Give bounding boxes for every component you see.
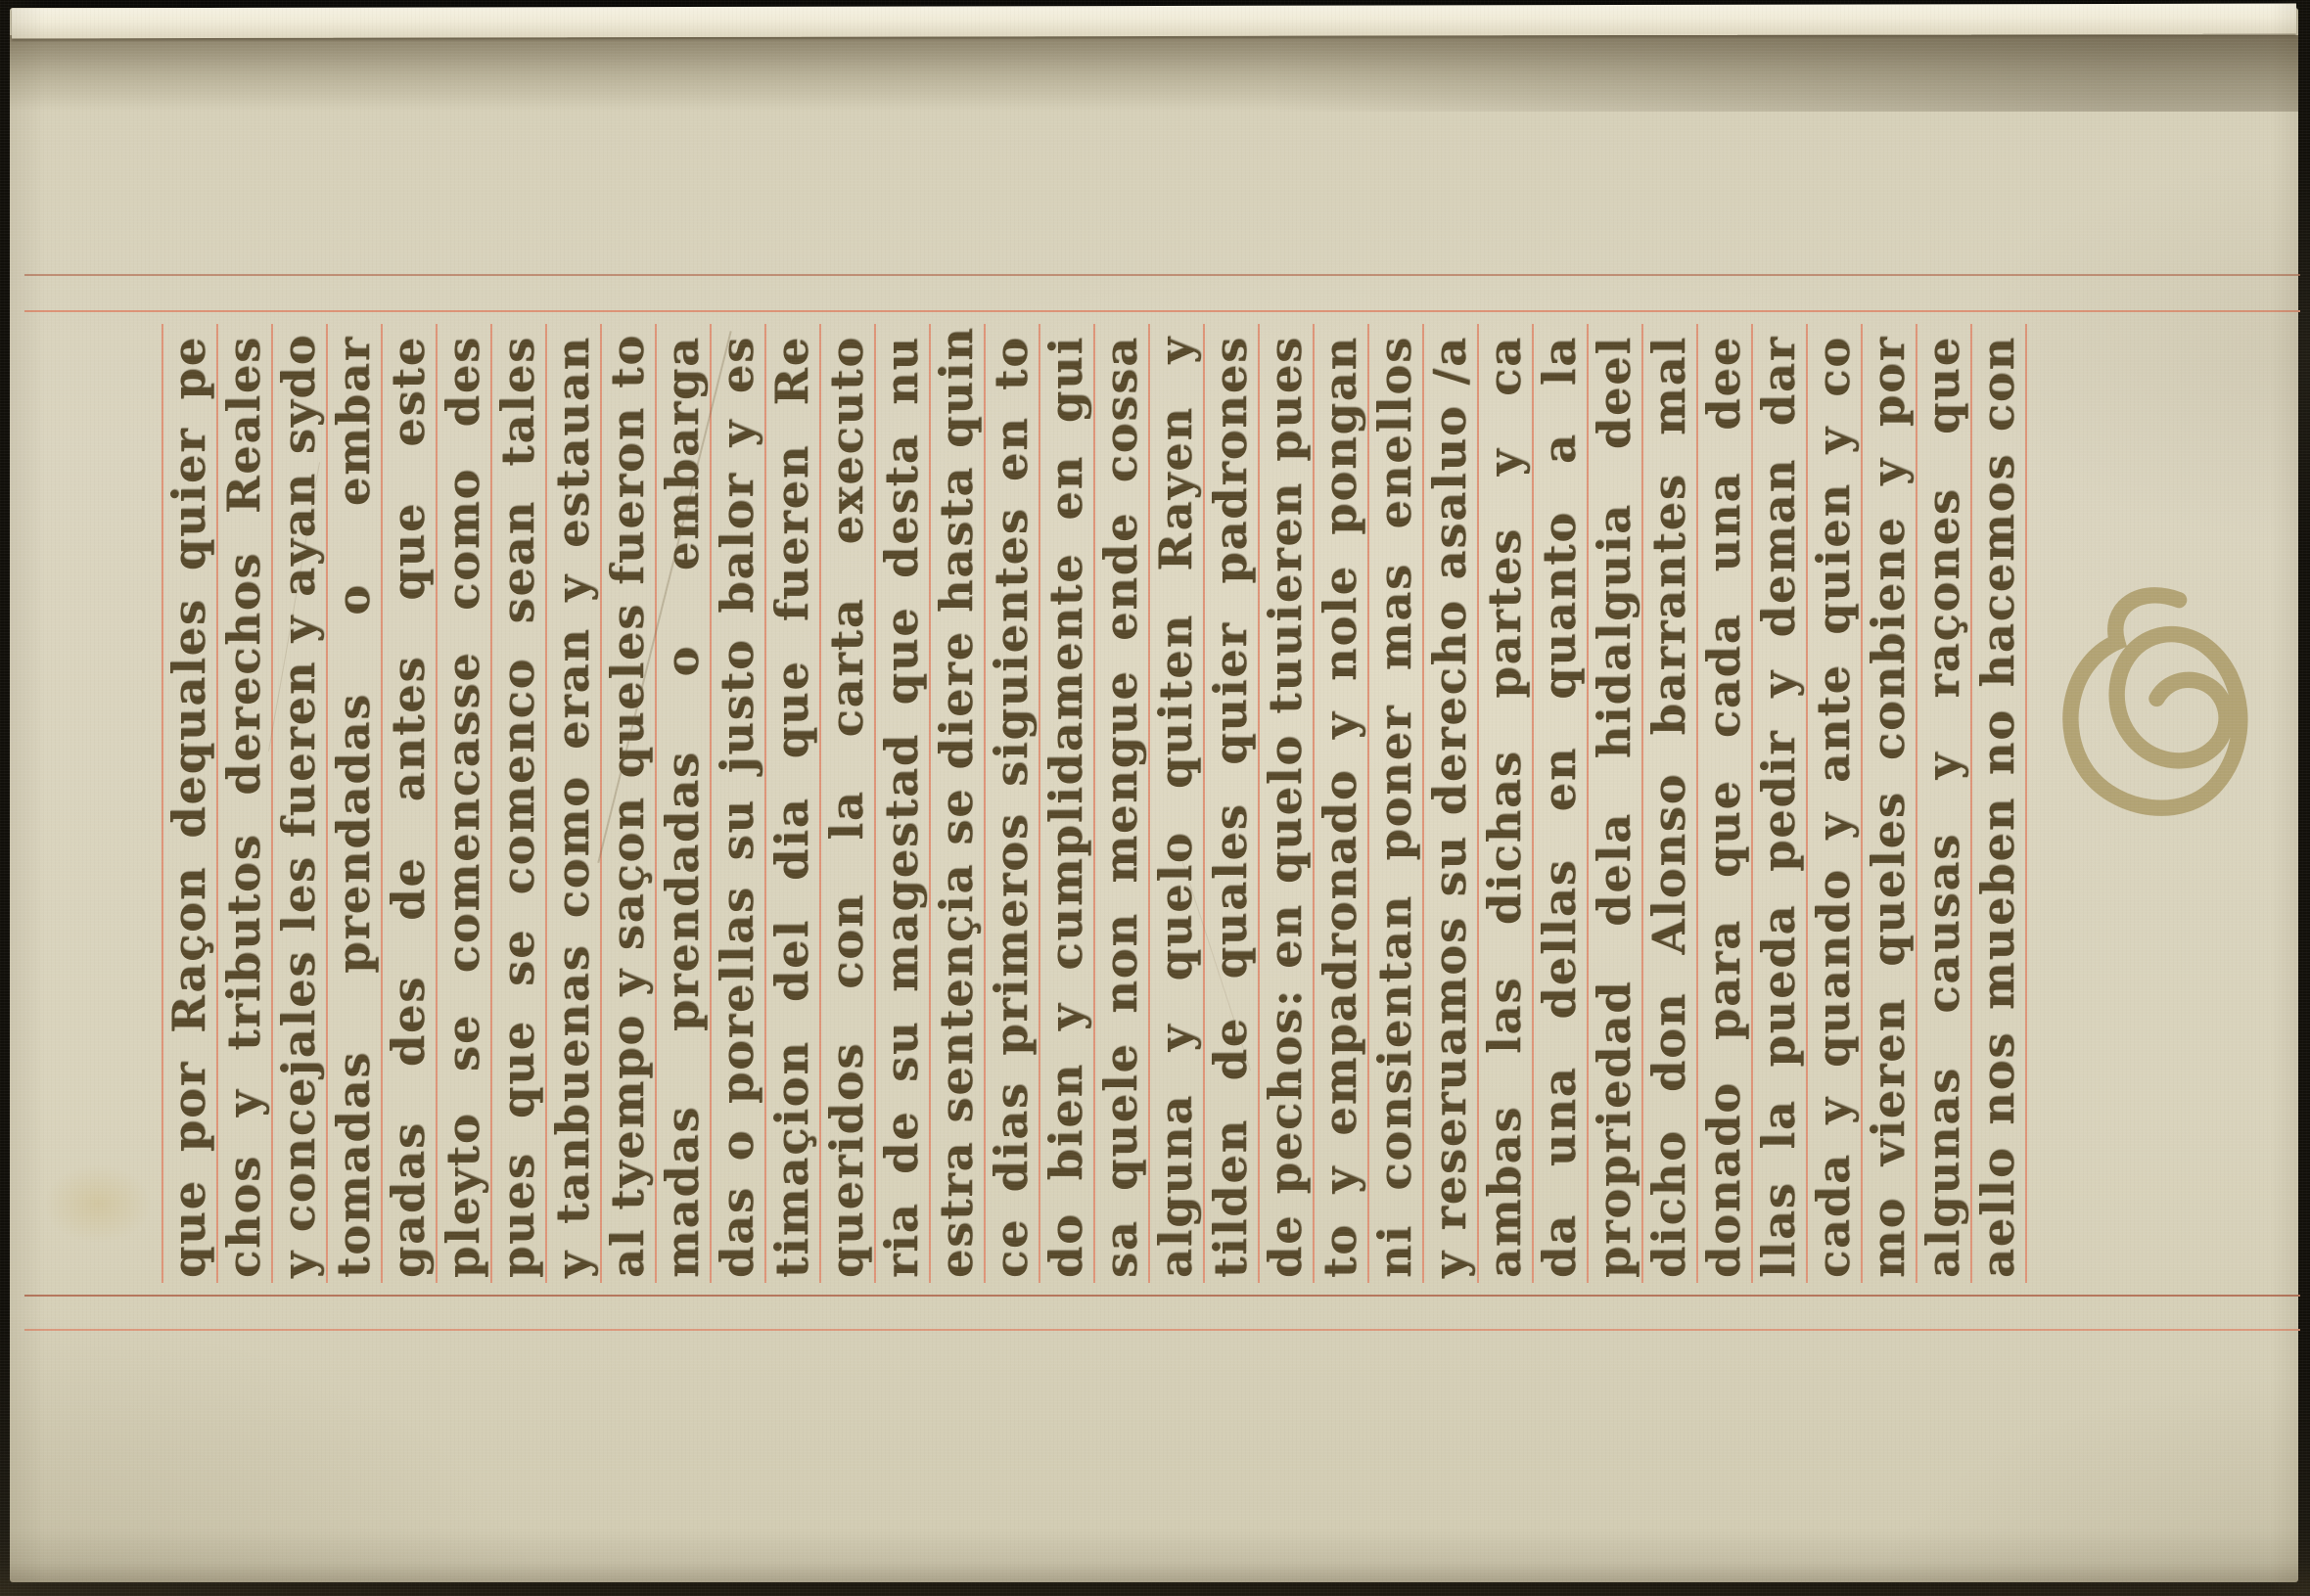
manuscript-line: tilden de quales quier padrones (1205, 324, 1260, 1283)
manuscript-line: sa quele non mengue ende cossa (1095, 324, 1150, 1283)
manuscript-line: chos y tributos derechos Reales (218, 324, 273, 1283)
manuscript-line: estra sentençia se diere hasta quin (931, 324, 986, 1283)
margin-rule-bottom-outer (24, 1329, 2300, 1331)
manuscript-line: ria de su magestad que desta nu (876, 324, 931, 1283)
manuscript-line: da una dellas en quanto a la (1534, 324, 1589, 1283)
manuscript-line: alguna y quelo quiten Rayen y (1150, 324, 1205, 1283)
manuscript-line: do bien y cumplidamente en gui (1040, 324, 1095, 1283)
manuscript-line: llas la pueda pedir y deman dar (1753, 324, 1808, 1283)
manuscript-line: de pechos: en quelo tuuieren pues (1260, 324, 1315, 1283)
manuscript-line: ni consientan poner mas enellos (1369, 324, 1424, 1283)
manuscript-line: y tanbuenas como eran y estauan (547, 324, 602, 1283)
margin-rule-top-outer (24, 274, 2300, 276)
manuscript-line: tomadas prendadas o embar (328, 324, 383, 1283)
manuscript-line: to y empadronado y nole pongan (1315, 324, 1369, 1283)
manuscript-line: que por Raçon dequales quier pe (163, 324, 218, 1283)
manuscript-line: aello nos mueben no hacemos con (1972, 324, 2027, 1283)
manuscript-line: mo vieren queles conbiene y por (1863, 324, 1917, 1283)
manuscript-line: das o porellas su justo balor y es (712, 324, 766, 1283)
adjacent-folio-edge (12, 4, 2296, 39)
manuscript-line: al tyempo y saçon queles fueron to (602, 324, 657, 1283)
manuscript-line: timaçion del dia que fueren Re (766, 324, 821, 1283)
parchment-stain (44, 1164, 152, 1243)
manuscript-line: gadas des de antes que este (383, 324, 438, 1283)
manuscript-line: algunas causas y raçones que (1917, 324, 1972, 1283)
manuscript-line: dicho don Alonso barrantes mal (1643, 324, 1698, 1283)
manuscript-line: ce dias primeros siguientes en to (986, 324, 1040, 1283)
manuscript-photo: que por Raçon dequales quier pechos y tr… (0, 0, 2310, 1596)
folio-edge-shadow (10, 35, 2298, 112)
margin-rule-top-inner (24, 310, 2300, 312)
manuscript-line: donado para que cada una dee (1698, 324, 1753, 1283)
manuscript-line: y concejales les fueren y ayan sydo (273, 324, 328, 1283)
manuscript-line: cada y quando y ante quien y co (1808, 324, 1863, 1283)
manuscript-line: ambas las dichas partes y ca (1479, 324, 1534, 1283)
manuscript-line: madas prendadas o embarga (657, 324, 712, 1283)
manuscript-line: propriedad dela hidalguia deel (1589, 324, 1643, 1283)
manuscript-line: pues que se comenco sean tales (492, 324, 547, 1283)
margin-rule-bottom-inner (24, 1295, 2300, 1297)
manuscript-text-block: que por Raçon dequales quier pechos y tr… (162, 324, 2027, 1283)
manuscript-line: y reseruamos su derecho asaluo /a (1424, 324, 1479, 1283)
scribal-paraph-flourish-icon (2041, 585, 2287, 832)
manuscript-line: pleyto se comencasse como des (438, 324, 492, 1283)
manuscript-line: queridos con la carta executo (821, 324, 876, 1283)
